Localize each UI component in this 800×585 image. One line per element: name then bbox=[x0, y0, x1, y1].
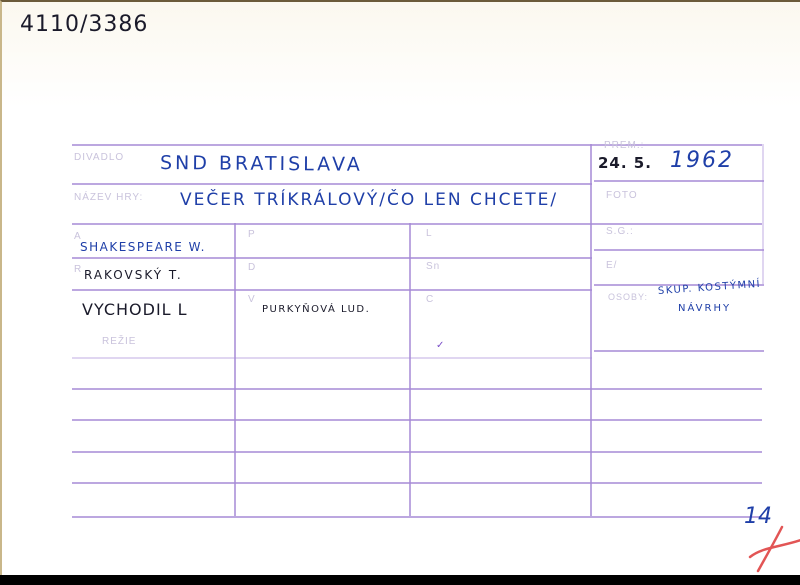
grid-line bbox=[409, 223, 411, 516]
venue-label: DIVADLO bbox=[74, 152, 124, 163]
grid-line bbox=[72, 223, 762, 225]
col3-label-l: L bbox=[426, 228, 433, 239]
grid-line bbox=[72, 257, 592, 259]
grid-line bbox=[72, 388, 762, 390]
venue-value: SND BRATISLAVA bbox=[160, 152, 363, 176]
title-label: NÁZEV HRY: bbox=[74, 192, 143, 203]
director-label: REŽIE bbox=[102, 336, 136, 347]
premiere-day-month: 24. 5. bbox=[598, 154, 652, 172]
premiere-label: PREM.: bbox=[604, 140, 644, 151]
grid-line bbox=[72, 183, 592, 185]
translator-value: RAKOVSKÝ T. bbox=[84, 268, 183, 282]
costumes-value: PURKYŇOVÁ LUD. bbox=[262, 304, 370, 315]
scan-edge bbox=[0, 575, 800, 585]
director-value: VYCHODIL L bbox=[82, 300, 188, 319]
subject-line2: NÁVRHY bbox=[678, 303, 731, 314]
grid-line bbox=[72, 516, 762, 518]
col3-label-sn: Sn bbox=[426, 261, 440, 272]
col4-label-e: E/ bbox=[606, 260, 617, 271]
grid-line bbox=[594, 249, 764, 251]
col4-label-osoby: OSOBY: bbox=[608, 292, 648, 302]
title-text: VEČER TRÍKRÁLOVÝ/ČO LEN CHCETE/ bbox=[180, 190, 558, 210]
premiere-year: 1962 bbox=[670, 148, 734, 173]
archive-card: 4110/3386 DIVADLO NÁZEV HRY: PREM.: FOTO… bbox=[0, 0, 800, 585]
grid-line bbox=[72, 289, 592, 291]
col2-label-p: P bbox=[248, 229, 256, 240]
grid-line bbox=[72, 144, 762, 146]
grid-line bbox=[72, 419, 762, 421]
grid-line bbox=[594, 180, 764, 182]
red-pencil-mark-icon bbox=[742, 517, 800, 577]
grid-line bbox=[72, 451, 762, 453]
foto-label: FOTO bbox=[606, 190, 638, 201]
translator-label: R bbox=[74, 264, 82, 275]
grid-line bbox=[72, 357, 592, 359]
col3-label-c: C bbox=[426, 294, 434, 305]
grid-line bbox=[590, 144, 592, 516]
grid-line bbox=[234, 223, 236, 516]
col2-label-d: D bbox=[248, 262, 256, 273]
grid-line bbox=[594, 350, 764, 352]
sg-label: S.G.: bbox=[606, 226, 634, 237]
subject-line1: SKUP. KOSTÝMNÍ bbox=[658, 279, 762, 297]
grid-line bbox=[72, 482, 762, 484]
author-value: SHAKESPEARE W. bbox=[80, 240, 206, 254]
grid-line bbox=[762, 144, 764, 284]
archive-number: 4110/3386 bbox=[20, 12, 148, 37]
check-mark: ✓ bbox=[436, 340, 446, 351]
col2-label-v: V bbox=[248, 294, 256, 305]
title-value: VEČER TRÍKRÁLOVÝ/ČO LEN CHCETE/ bbox=[180, 190, 558, 210]
